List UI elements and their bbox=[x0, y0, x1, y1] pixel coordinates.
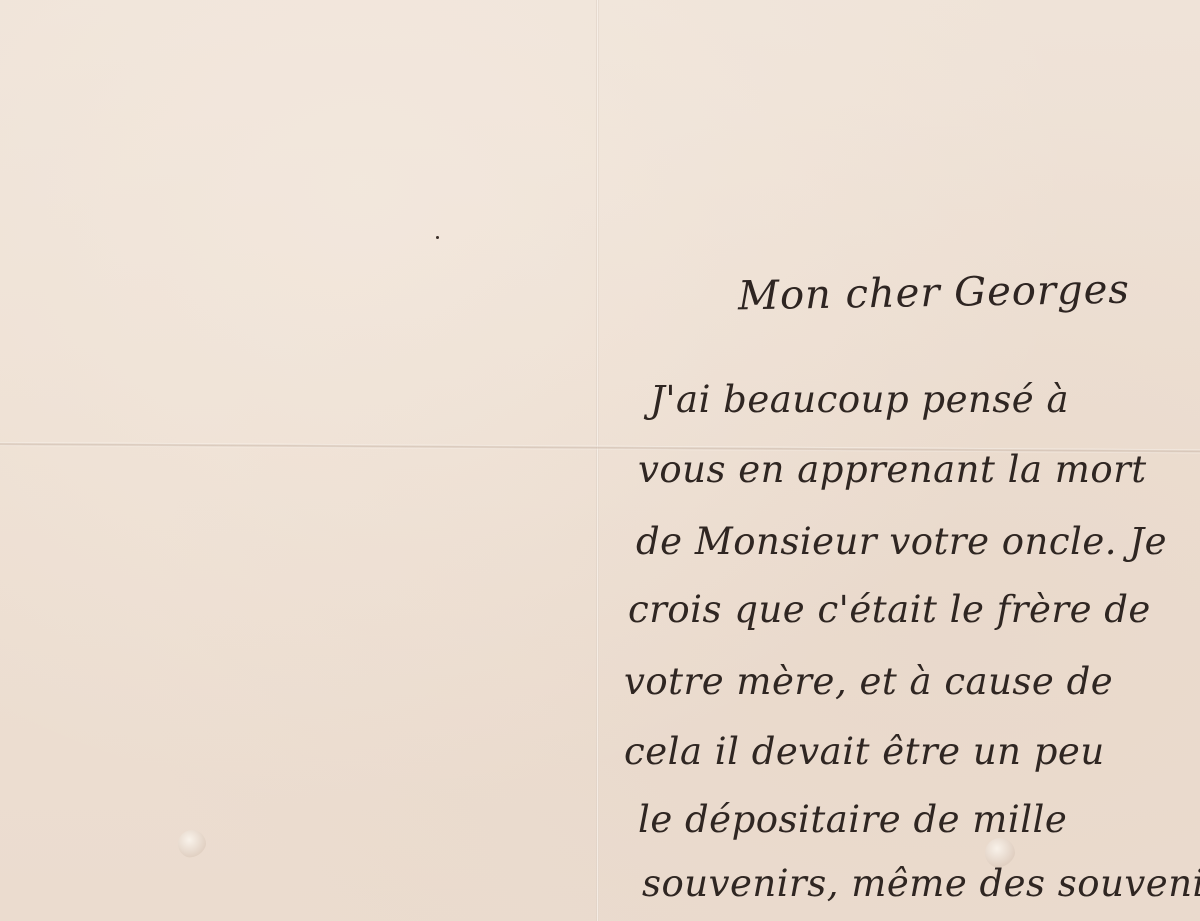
salutation: Mon cher Georges bbox=[738, 267, 1131, 320]
ink-speck bbox=[436, 236, 439, 239]
text-line: J'ai beaucoup pensé à bbox=[650, 378, 1069, 421]
text-line: crois que c'était le frère de bbox=[628, 588, 1151, 631]
vertical-fold-crease bbox=[596, 0, 599, 921]
text-line: de Monsieur votre oncle. Je bbox=[636, 520, 1167, 563]
paper-dimple bbox=[178, 830, 206, 858]
letter-paper: Mon cher Georges J'ai beaucoup pensé à v… bbox=[0, 0, 1200, 921]
text-line: vous en apprenant la mort bbox=[638, 448, 1147, 491]
text-line: cela il devait être un peu bbox=[624, 730, 1105, 773]
text-line: votre mère, et à cause de bbox=[624, 660, 1113, 703]
text-line: souvenirs, même des souvenirs bbox=[642, 862, 1200, 905]
text-line: le dépositaire de mille bbox=[638, 798, 1067, 841]
